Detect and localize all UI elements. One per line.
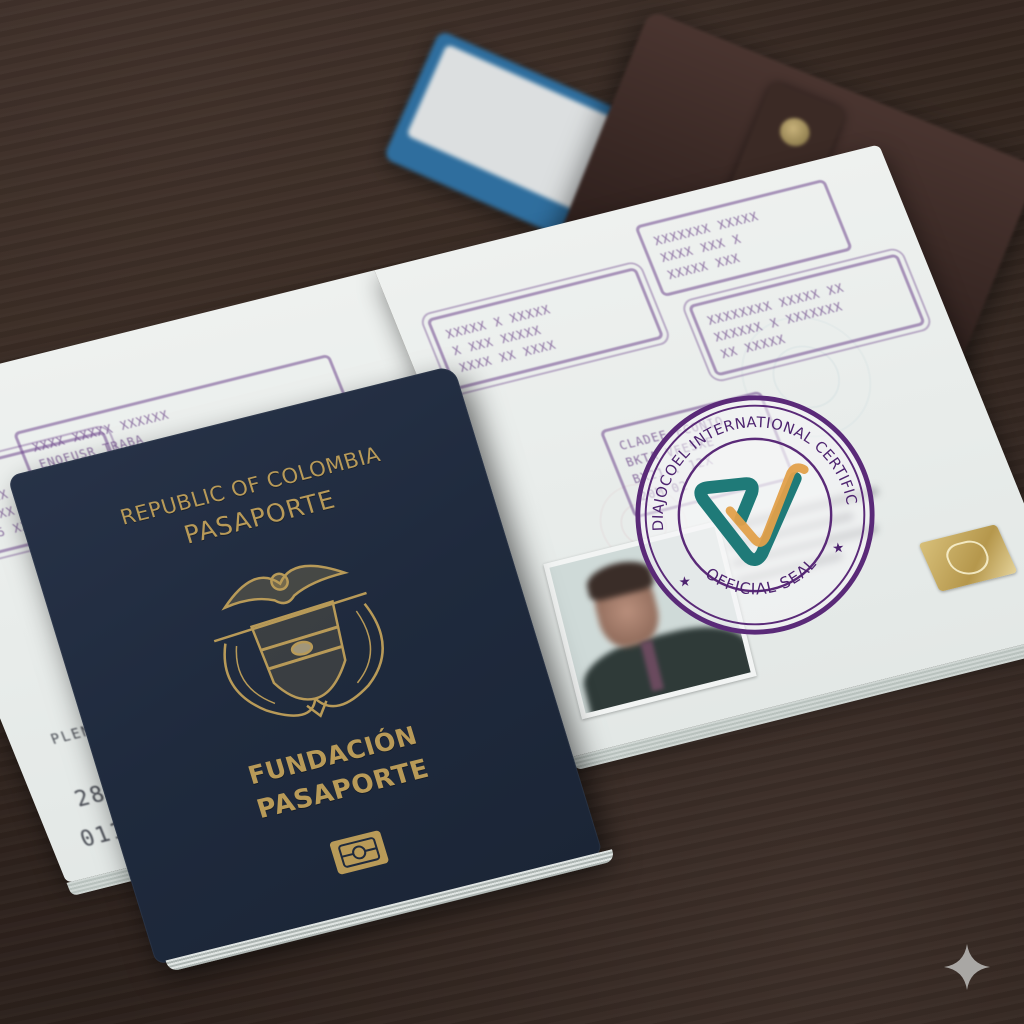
seal-graphic: CLAUDIAJOCOEL INTERNATIONAL CERTIFICATIO…	[618, 381, 892, 650]
seal-star-icon: ★	[831, 540, 845, 557]
hologram-crest	[942, 537, 995, 578]
colombia-coat-of-arms-icon	[174, 531, 418, 742]
official-seal: CLAUDIAJOCOEL INTERNATIONAL CERTIFICATIO…	[618, 381, 892, 650]
sparkle-icon	[942, 942, 992, 992]
seal-star-icon: ★	[678, 574, 692, 591]
biometric-chip-icon	[328, 829, 391, 877]
